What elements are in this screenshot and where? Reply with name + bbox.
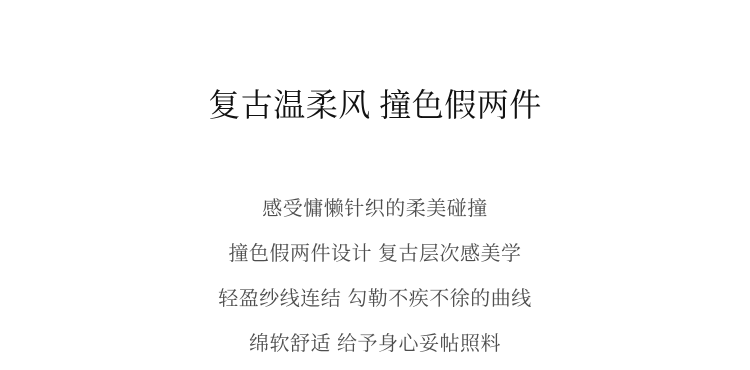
description-line: 撞色假两件设计 复古层次感美学: [0, 243, 750, 265]
description-line: 轻盈纱线连结 勾勒不疾不徐的曲线: [0, 288, 750, 310]
product-intro-section: 复古温柔风 撞色假两件 感受慵懒针织的柔美碰撞 撞色假两件设计 复古层次感美学 …: [0, 0, 750, 370]
description-line: 绵软舒适 给予身心妥帖照料: [0, 333, 750, 355]
description-line: 感受慵懒针织的柔美碰撞: [0, 198, 750, 220]
product-slogan-title: 复古温柔风 撞色假两件: [0, 86, 750, 124]
